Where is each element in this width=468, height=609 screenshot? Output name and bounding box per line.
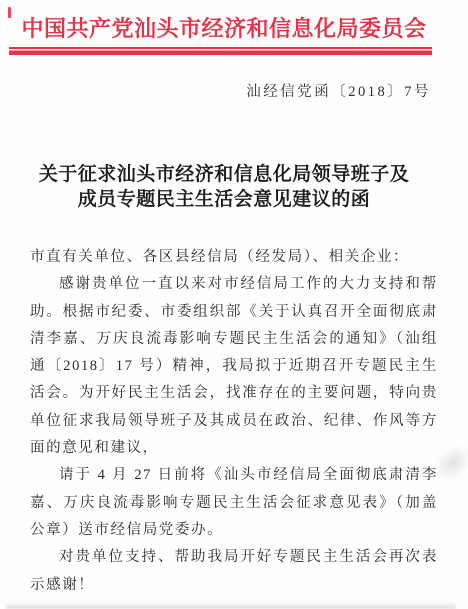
document-title-line2: 成员专题民主生活会意见建议的函 <box>0 187 458 212</box>
document-title-line1: 关于征求汕头市经济和信息化局领导班子及 <box>0 162 458 187</box>
scan-page-edge <box>6 602 456 609</box>
body-paragraph-3: 对贵单位支持、帮助我局开好专题民主生活会再次表示感谢！ <box>30 544 438 599</box>
body-paragraph-1: 感谢贵单位一直以来对市经信局工作的大力支持和帮助。根据市纪委、市委组织部《关于认… <box>30 271 438 462</box>
document-page: 中国共产党汕头市经济和信息化局委员会 汕经信党函〔2018〕7号 关于征求汕头市… <box>0 0 468 609</box>
document-number: 汕经信党函〔2018〕7号 <box>246 80 431 101</box>
document-title: 关于征求汕头市经济和信息化局领导班子及 成员专题民主生活会意见建议的函 <box>0 162 458 212</box>
body-paragraph-2: 请于 4 月 27 日前将《汕头市经信局全面彻底肃清李嘉、万庆良流毒影响专题民主… <box>30 462 438 544</box>
header-divider-line <box>9 47 432 55</box>
salutation-line: 市直有关单位、各区县经信局（经发局）、相关企业： <box>30 244 438 271</box>
document-body: 市直有关单位、各区县经信局（经发局）、相关企业： 感谢贵单位一直以来对市经信局工… <box>30 244 438 599</box>
issuing-authority-header: 中国共产党汕头市经济和信息化局委员会 <box>0 12 458 43</box>
